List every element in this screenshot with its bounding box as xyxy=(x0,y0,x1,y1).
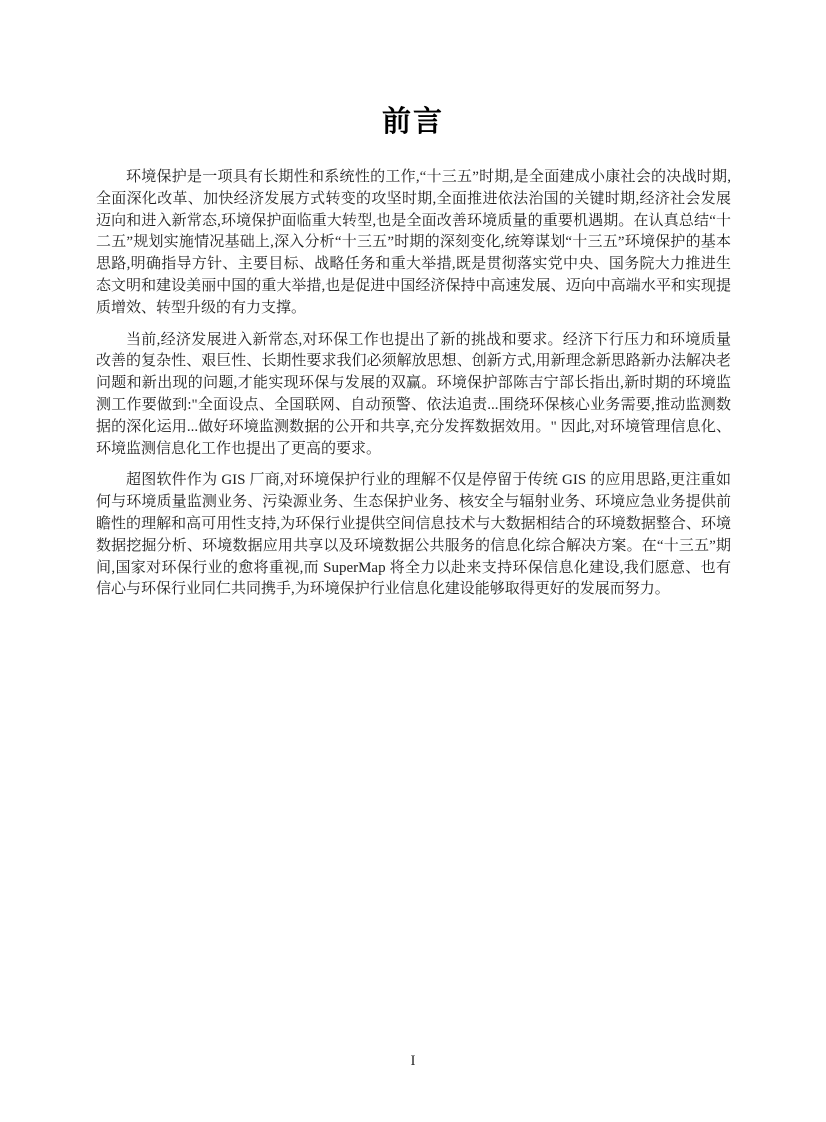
page-number: I xyxy=(0,1052,826,1070)
body-text: 环境保护是一项具有长期性和系统性的工作,“十三五”时期,是全面建成小康社会的决战… xyxy=(0,167,826,601)
document-page: 前言 环境保护是一项具有长期性和系统性的工作,“十三五”时期,是全面建成小康社会… xyxy=(0,0,826,1122)
paragraph-1: 环境保护是一项具有长期性和系统性的工作,“十三五”时期,是全面建成小康社会的决战… xyxy=(96,167,731,320)
paragraph-3: 超图软件作为 GIS 厂商,对环境保护行业的理解不仅是停留于传统 GIS 的应用… xyxy=(96,470,731,601)
page-title: 前言 xyxy=(0,0,826,138)
paragraph-2: 当前,经济发展进入新常态,对环保工作也提出了新的挑战和要求。经济下行压力和环境质… xyxy=(96,330,731,461)
